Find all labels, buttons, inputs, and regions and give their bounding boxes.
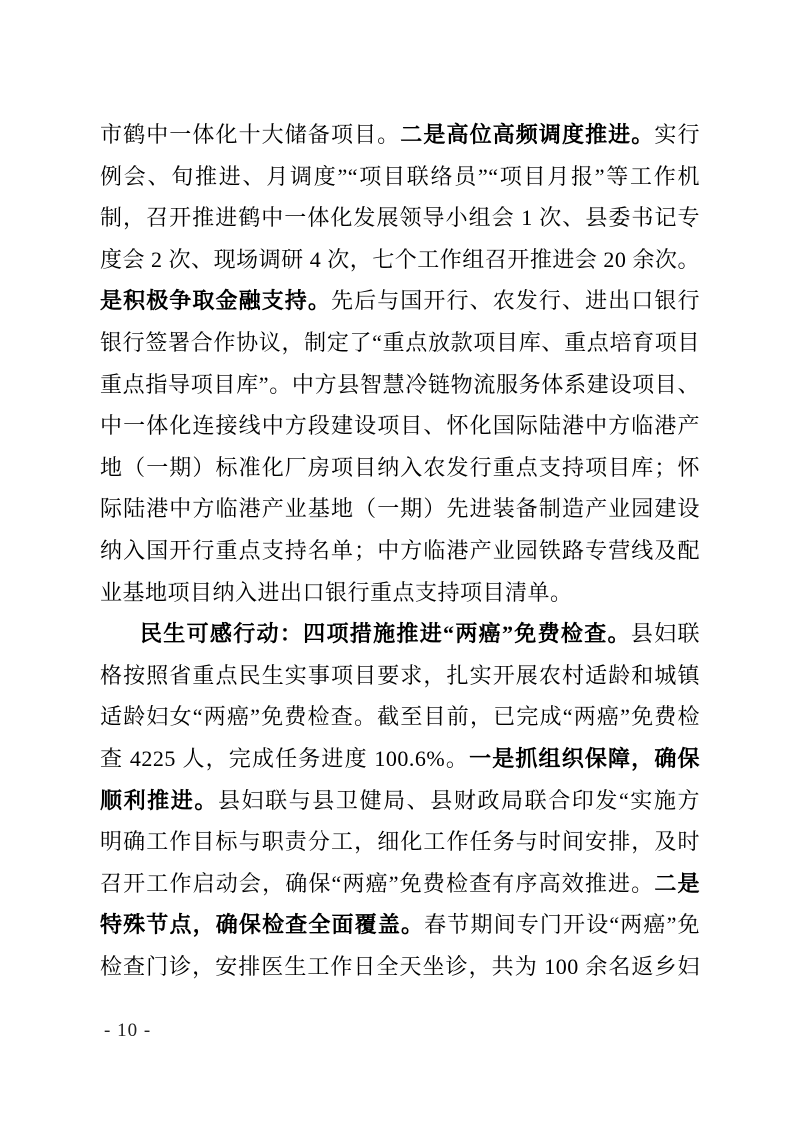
body-text: 格按照省重点民生实事项目要求，扎实开展农村适龄和城镇低保 [100, 663, 700, 697]
text-line: 度会 2 次、现场调研 4 次，七个工作组召开推进会 20 余次。三 [100, 239, 700, 281]
text-line: 银行签署合作协议，制定了“重点放款项目库、重点培育项目和 [100, 322, 700, 364]
body-text: 制，召开推进鹤中一体化发展领导小组会 1 次、县委书记专题调 [100, 205, 700, 239]
body-text: 际陆港中方临港产业基地（一期）先进装备制造产业园建设项目 [100, 496, 700, 530]
text-line: 特殊节点，确保检查全面覆盖。春节期间专门开设“两癌”免费 [100, 904, 700, 946]
emphasis-text: 顺利推进。 [100, 788, 218, 813]
text-line: 业基地项目纳入进出口银行重点支持项目清单。 [100, 572, 700, 614]
body-text: 业基地项目纳入进出口银行重点支持项目清单。 [100, 580, 573, 605]
text-line: 检查门诊，安排医生工作日全天坐诊，共为 100 余名返乡妇女提 [100, 946, 700, 988]
text-line: 中一体化连接线中方段建设项目、怀化国际陆港中方临港产业基 [100, 405, 700, 447]
body-text: 适龄妇女“两癌”免费检查。截至目前，已完成“两癌”免费检 [100, 704, 700, 729]
document-page: 市鹤中一体化十大储备项目。二是高位高频调度推进。实行“周例会、旬推进、月调度”“… [0, 0, 793, 1122]
body-text: 例会、旬推进、月调度”“项目联络员”“项目月报”等工作机 [100, 164, 700, 189]
text-line: 重点指导项目库”。中方县智慧冷链物流服务体系建设项目、鹤 [100, 364, 700, 406]
text-line: 是积极争取金融支持。先后与国开行、农发行、进出口银行三家 [100, 280, 700, 322]
text-line: 地（一期）标准化厂房项目纳入农发行重点支持项目库；怀化国 [100, 447, 700, 489]
text-line: 民生可感行动：四项措施推进“两癌”免费检查。县妇联严 [100, 613, 700, 655]
text-line: 制，召开推进鹤中一体化发展领导小组会 1 次、县委书记专题调 [100, 197, 700, 239]
body-text: 市鹤中一体化十大储备项目。 [100, 122, 400, 147]
text-line: 查 4225 人，完成任务进度 100.6%。一是抓组织保障，确保工作 [100, 738, 700, 780]
text-line: 格按照省重点民生实事项目要求，扎实开展农村适龄和城镇低保 [100, 655, 700, 697]
text-line: 明确工作目标与职责分工，细化工作任务与时间安排，及时组织 [100, 821, 700, 863]
text-line: 例会、旬推进、月调度”“项目联络员”“项目月报”等工作机 [100, 156, 700, 198]
body-text: 检查门诊，安排医生工作日全天坐诊，共为 100 余名返乡妇女提 [100, 954, 700, 988]
body-text: 度会 2 次、现场调研 4 次，七个工作组召开推进会 20 余次。 [100, 247, 700, 272]
body-text: 重点指导项目库”。中方县智慧冷链物流服务体系建设项目、鹤 [100, 372, 700, 406]
text-line: 适龄妇女“两癌”免费检查。截至目前，已完成“两癌”免费检 [100, 696, 700, 738]
page-footer: - 10 - [104, 1018, 151, 1044]
body-text: 纳入国开行重点支持名单；中方临港产业园铁路专营线及配套产 [100, 538, 700, 572]
emphasis-text: 民生可感行动：四项措施推进“两癌”免费检查。 [140, 621, 631, 646]
text-line: 纳入国开行重点支持名单；中方临港产业园铁路专营线及配套产 [100, 530, 700, 572]
page-number: - 10 - [104, 1020, 151, 1041]
emphasis-text: 二是高位高频调度推进。 [400, 122, 654, 147]
text-line: 顺利推进。县妇联与县卫健局、县财政局联合印发“实施方案”， [100, 780, 700, 822]
body-text: 银行签署合作协议，制定了“重点放款项目库、重点培育项目和 [100, 330, 700, 364]
body-text: 明确工作目标与职责分工，细化工作任务与时间安排，及时组织 [100, 829, 700, 863]
text-line: 际陆港中方临港产业基地（一期）先进装备制造产业园建设项目 [100, 488, 700, 530]
body-text: 召开工作启动会，确保“两癌”免费检查有序高效推进。 [100, 871, 654, 896]
body-text: 查 4225 人，完成任务进度 100.6%。 [100, 746, 469, 771]
body-text: 地（一期）标准化厂房项目纳入农发行重点支持项目库；怀化国 [100, 455, 700, 489]
text-line: 市鹤中一体化十大储备项目。二是高位高频调度推进。实行“周 [100, 114, 700, 156]
text-block: 市鹤中一体化十大储备项目。二是高位高频调度推进。实行“周例会、旬推进、月调度”“… [100, 114, 700, 987]
text-line: 召开工作启动会，确保“两癌”免费检查有序高效推进。二是抓 [100, 863, 700, 905]
emphasis-text: 是积极争取金融支持。 [100, 288, 331, 313]
body-text: 中一体化连接线中方段建设项目、怀化国际陆港中方临港产业基 [100, 413, 700, 447]
emphasis-text: 特殊节点，确保检查全面覆盖。 [100, 912, 424, 937]
